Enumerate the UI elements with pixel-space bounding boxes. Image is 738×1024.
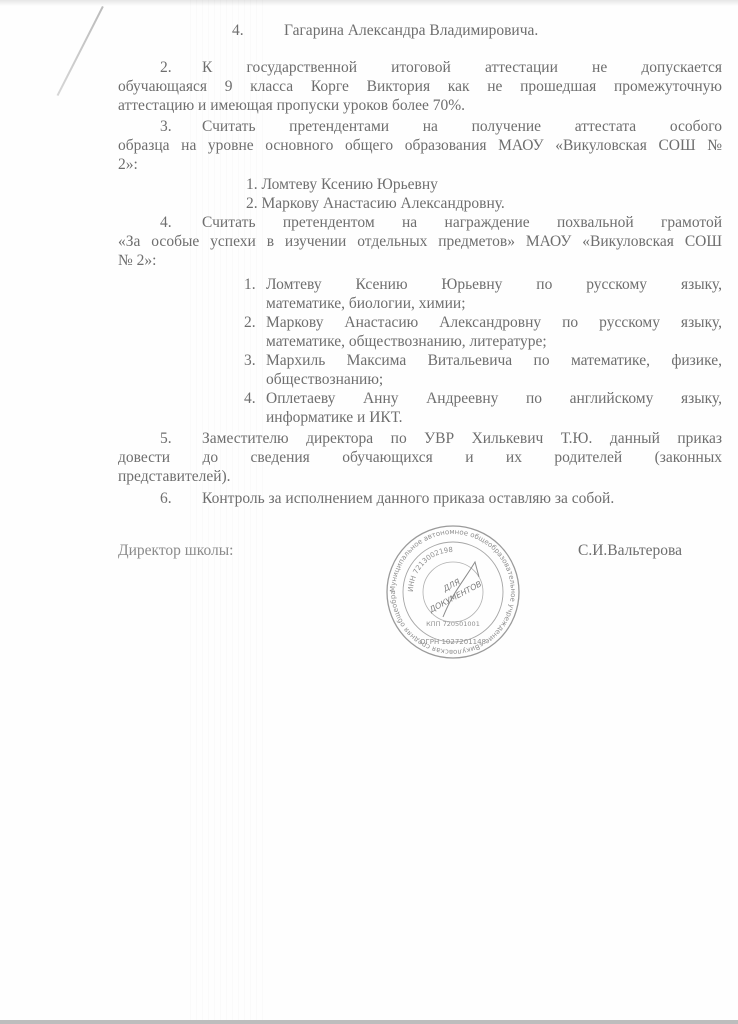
- clause-4-line-2: «За особые успехи в изучении отдельных п…: [118, 233, 722, 251]
- clause-number: 5.: [160, 430, 202, 448]
- clause-number: 4.: [160, 214, 202, 232]
- official-stamp: Муниципальное автономное общеобразовател…: [383, 522, 523, 662]
- clause-3-line-3: 2»:: [118, 156, 138, 174]
- svg-text:ОГРН 1027201148: ОГРН 1027201148: [420, 638, 486, 646]
- list-number: 2.: [244, 314, 266, 332]
- award-item-line-1: 1.Ломтеву Ксению Юрьевну по русскому язы…: [244, 276, 722, 294]
- clause-4-line-3: № 2»:: [118, 252, 156, 270]
- clause-text: Считать претендентом на награждение похв…: [202, 214, 722, 231]
- award-item-line-1: 3.Мархиль Максима Витальевича по математ…: [244, 352, 722, 370]
- list-number: 4.: [232, 22, 284, 40]
- list-text: Оплетаеву Анну Андреевну по английскому …: [266, 390, 722, 407]
- clause-5-line-1: 5.Заместителю директора по УВР Хилькевич…: [160, 430, 722, 448]
- award-item-line-2: математике, биологии, химии;: [266, 295, 466, 313]
- list-number: 3.: [244, 352, 266, 370]
- award-item-line-1: 2.Маркову Анастасию Александровну по рус…: [244, 314, 722, 332]
- clause-4-line-1: 4.Считать претендентом на награждение по…: [160, 214, 722, 232]
- clause-5-line-2: довести до сведения обучающихся и их род…: [118, 449, 722, 467]
- svg-text:КПП 720501001: КПП 720501001: [426, 620, 480, 628]
- list-text: Мархиль Максима Витальевича по математик…: [266, 352, 722, 369]
- list-text: Ломтеву Ксению Юрьевну по русскому языку…: [266, 276, 722, 293]
- prev-list-item: 4.Гагарина Александра Владимировича.: [232, 22, 538, 40]
- award-item-line-2: информатике и ИКТ.: [266, 409, 403, 427]
- clause-3-line-2: образца на уровне основного общего образ…: [118, 137, 722, 155]
- signature-title: Директор школы:: [118, 542, 233, 560]
- list-number: 4.: [244, 390, 266, 408]
- list-number: 1.: [244, 276, 266, 294]
- clause-3-line-1: 3.Считать претендентами на получение атт…: [160, 118, 722, 136]
- list-text: Маркову Анастасию Александровну по русск…: [266, 314, 722, 331]
- award-item-line-2: обществознанию;: [266, 371, 383, 389]
- clause-text: К государственной итоговой аттестации не…: [202, 59, 722, 76]
- scanned-page: 4.Гагарина Александра Владимировича. 2.К…: [0, 0, 738, 1024]
- clause-text: Контроль за исполнением данного приказа …: [202, 490, 614, 507]
- scan-fold-mark: [57, 6, 104, 96]
- list-text: Гагарина Александра Владимировича.: [284, 22, 538, 39]
- clause-2-line-3: аттестацию и имеющая пропуски уроков бол…: [118, 97, 465, 115]
- stamp-seal-icon: Муниципальное автономное общеобразовател…: [383, 522, 523, 662]
- candidate-list-item: 1. Ломтеву Ксению Юрьевну: [246, 176, 438, 194]
- signature-name: С.И.Вальтерова: [578, 542, 682, 560]
- scan-edge-bottom: [0, 1020, 738, 1024]
- clause-6-line-1: 6.Контроль за исполнением данного приказ…: [160, 490, 614, 508]
- clause-number: 3.: [160, 118, 202, 136]
- clause-text: Считать претендентами на получение аттес…: [202, 118, 722, 135]
- clause-number: 2.: [160, 59, 202, 77]
- clause-2-line-1: 2.К государственной итоговой аттестации …: [160, 59, 722, 77]
- clause-5-line-3: представителей).: [118, 468, 231, 486]
- clause-2-line-2: обучающаяся 9 класса Корге Виктория как …: [118, 78, 722, 96]
- award-item-line-1: 4.Оплетаеву Анну Андреевну по английском…: [244, 390, 722, 408]
- candidate-list-item: 2. Маркову Анастасию Александровну.: [246, 195, 505, 213]
- clause-number: 6.: [160, 490, 202, 508]
- clause-text: Заместителю директора по УВР Хилькевич Т…: [202, 430, 722, 447]
- scan-edge-top: [0, 0, 738, 6]
- award-item-line-2: математике, обществознанию, литературе;: [266, 333, 547, 351]
